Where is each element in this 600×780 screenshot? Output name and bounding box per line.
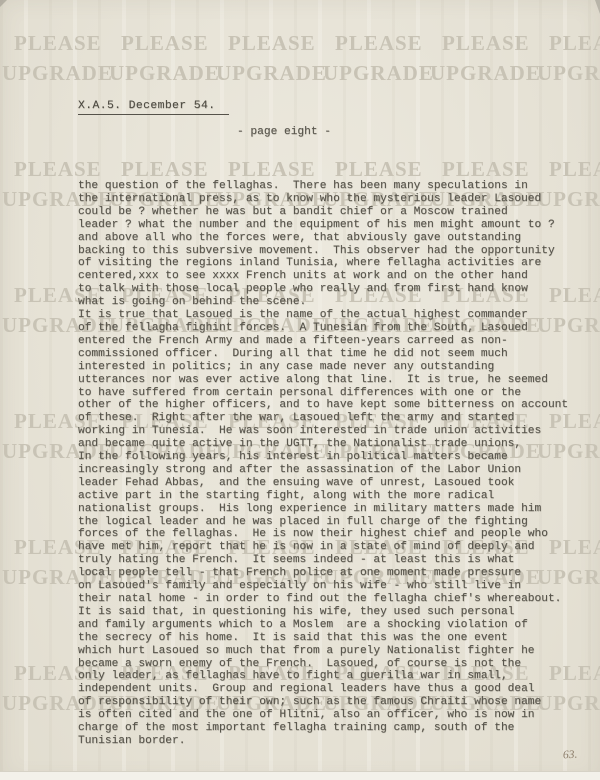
scan-edge: [0, 771, 600, 780]
page-label: - page eight -: [237, 126, 331, 138]
watermark-text: PLEASE: [442, 159, 530, 180]
watermark-text: PLEASE: [549, 159, 600, 180]
watermark-text: PLEASE: [14, 159, 102, 180]
watermark-text: PLEASE: [335, 159, 423, 180]
scan-artifact-top-left: [0, 0, 7, 7]
watermark-text: UPGRADE: [430, 63, 541, 84]
watermark-text: PLEASE: [121, 159, 209, 180]
watermark-text: UPGRADE: [2, 63, 113, 84]
watermark-text: UPGRADE: [323, 63, 434, 84]
scan-artifact-top-right: [595, 0, 600, 14]
watermark-text: UPGRADE: [109, 63, 220, 84]
scanned-document-page: PLEASEPLEASEPLEASEPLEASEPLEASEPLEASEUPGR…: [0, 0, 600, 780]
watermark-text: PLEASE: [549, 33, 600, 54]
document-body-text: the question of the fellaghas. There has…: [78, 180, 568, 748]
handwritten-page-number: 63.: [563, 749, 578, 762]
watermark-text: PLEASE: [228, 33, 316, 54]
watermark-text: UPGRADE: [537, 63, 600, 84]
watermark-text: PLEASE: [121, 33, 209, 54]
watermark-text: PLEASE: [442, 33, 530, 54]
watermark-text: PLEASE: [228, 159, 316, 180]
document-reference: X.A.5. December 54.: [78, 100, 229, 115]
watermark-text: PLEASE: [14, 33, 102, 54]
watermark-text: UPGRADE: [216, 63, 327, 84]
watermark-text: PLEASE: [335, 33, 423, 54]
